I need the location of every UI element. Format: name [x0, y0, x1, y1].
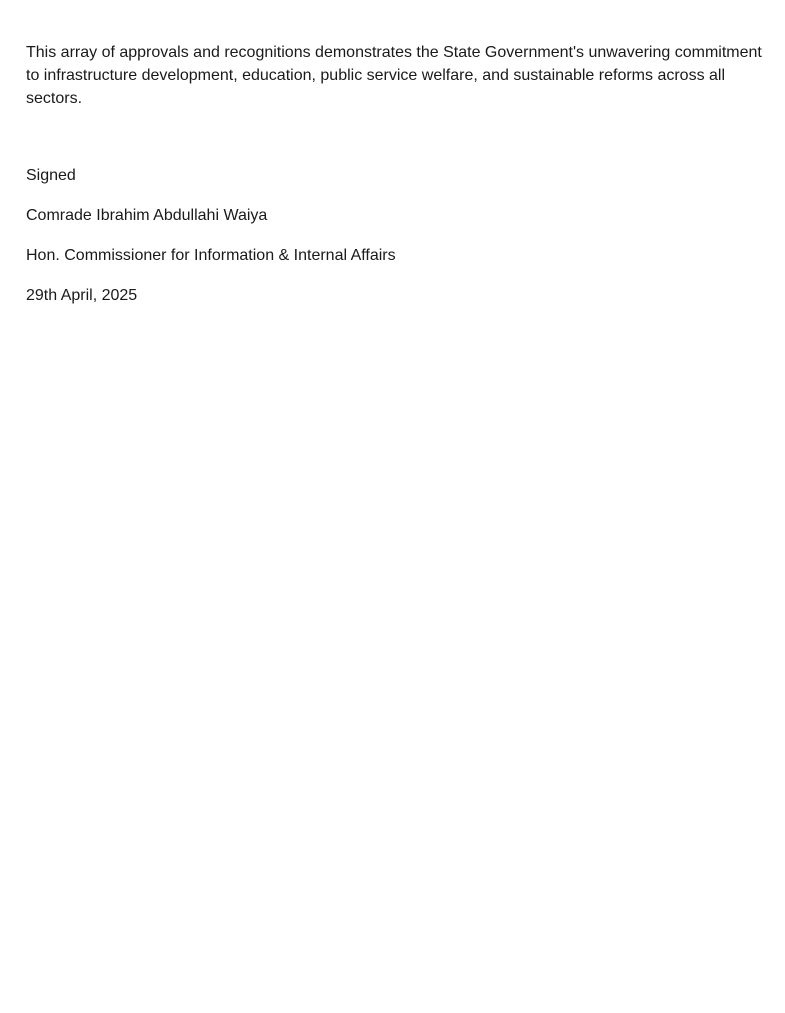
signoff-date: 29th April, 2025	[26, 287, 771, 305]
document-page: This array of approvals and recognitions…	[26, 41, 771, 305]
body-paragraph: This array of approvals and recognitions…	[26, 41, 771, 110]
signed-label: Signed	[26, 167, 771, 185]
signature-block: Signed Comrade Ibrahim Abdullahi Waiya H…	[26, 167, 771, 305]
signatory-title: Hon. Commissioner for Information & Inte…	[26, 247, 771, 265]
signatory-name: Comrade Ibrahim Abdullahi Waiya	[26, 207, 771, 225]
